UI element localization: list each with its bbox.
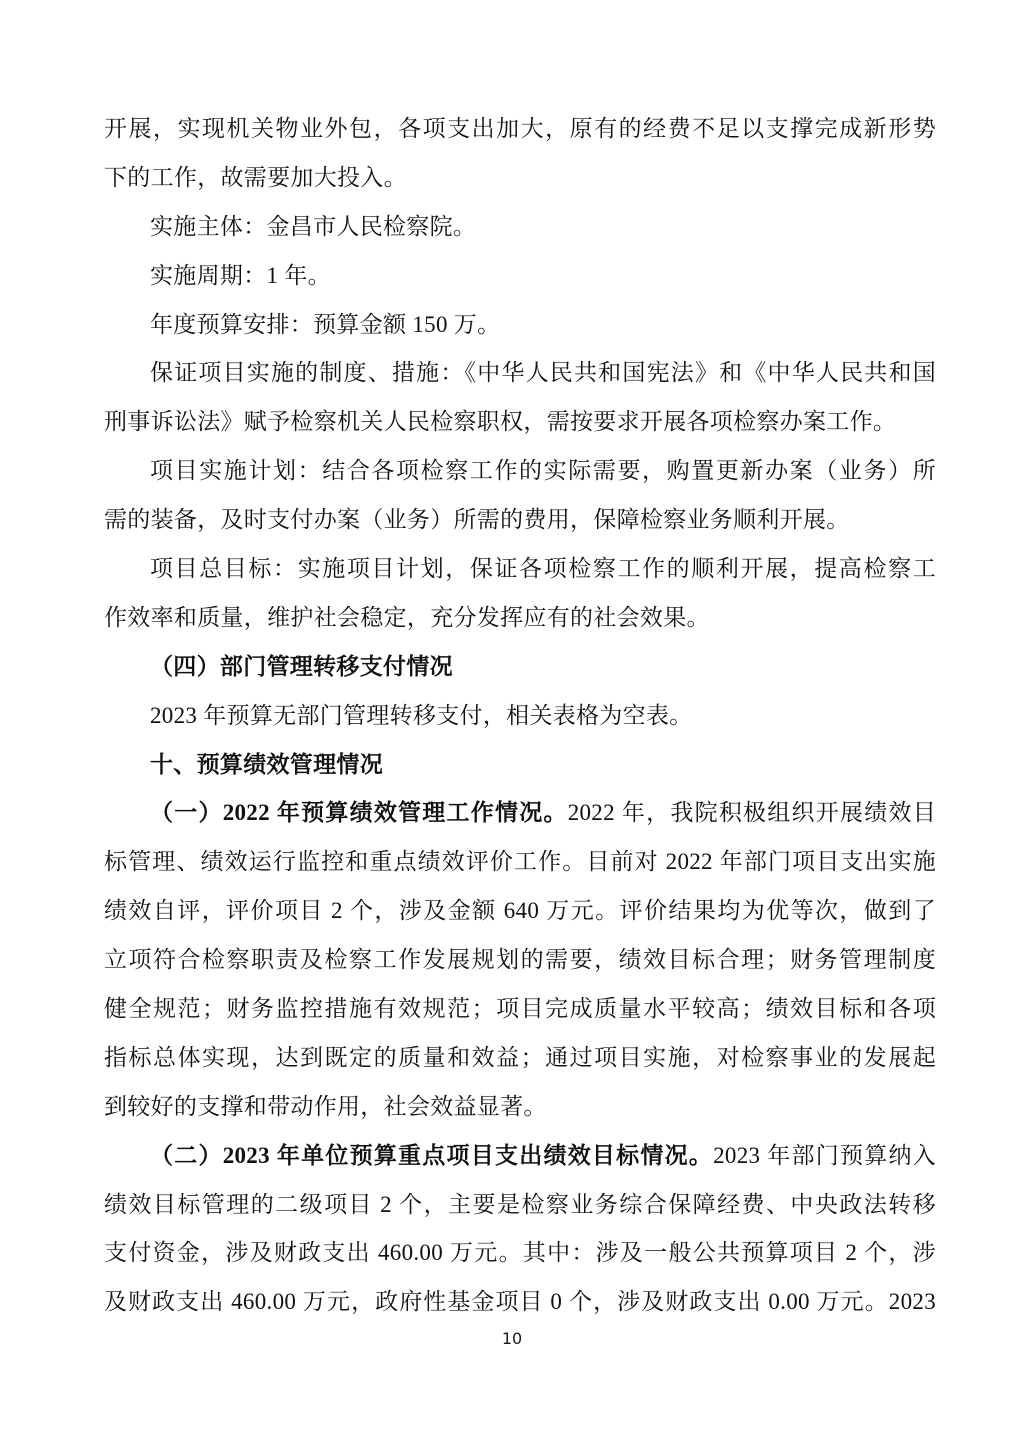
- text-line: 到较好的支撑和带动作用，社会效益显著。: [104, 1083, 936, 1132]
- text-run: 指标总体实现，达到既定的质量和效益；通过项目实施，对检察事业的发展起: [104, 1045, 936, 1070]
- text-line: 2023 年预算无部门管理转移支付，相关表格为空表。: [104, 692, 936, 741]
- text-run: 到较好的支撑和带动作用，社会效益显著。: [104, 1094, 547, 1119]
- page-number: 10: [0, 1329, 1024, 1348]
- text-line: 实施周期：1 年。: [104, 252, 936, 301]
- text-line: 项目实施计划：结合各项检察工作的实际需要，购置更新办案（业务）所: [104, 447, 936, 496]
- text-run: 2022 年，我院积极组织开展绩效目: [568, 800, 936, 825]
- document-body: 开展，实现机关物业外包，各项支出加大，原有的经费不足以支撑完成新形势下的工作，故…: [104, 105, 936, 1327]
- text-line: （二）2023 年单位预算重点项目支出绩效目标情况。2023 年部门预算纳入: [104, 1132, 936, 1181]
- text-run: 下的工作，故需要加大投入。: [104, 165, 407, 190]
- bold-text-run: （一）2022 年预算绩效管理工作情况。: [150, 800, 568, 825]
- text-run: 需的装备，及时支付办案（业务）所需的费用，保障检察业务顺利开展。: [104, 507, 850, 532]
- bold-text-run: 十、预算绩效管理情况: [150, 752, 383, 777]
- text-run: 开展，实现机关物业外包，各项支出加大，原有的经费不足以支撑完成新形势: [104, 116, 936, 141]
- text-run: 健全规范；财务监控措施有效规范；项目完成质量水平较高；绩效目标和各项: [104, 996, 936, 1021]
- text-line: 指标总体实现，达到既定的质量和效益；通过项目实施，对检察事业的发展起: [104, 1034, 936, 1083]
- text-line: 标管理、绩效运行监控和重点绩效评价工作。目前对 2022 年部门项目支出实施: [104, 838, 936, 887]
- text-run: 作效率和质量，维护社会稳定，充分发挥应有的社会效果。: [104, 605, 710, 630]
- text-run: 项目总目标：实施项目计划，保证各项检察工作的顺利开展，提高检察工: [150, 556, 936, 581]
- bold-text-run: （二）2023 年单位预算重点项目支出绩效目标情况。: [150, 1143, 713, 1168]
- text-line: 需的装备，及时支付办案（业务）所需的费用，保障检察业务顺利开展。: [104, 496, 936, 545]
- text-line: 实施主体：金昌市人民检察院。: [104, 203, 936, 252]
- text-run: 立项符合检察职责及检察工作发展规划的需要，绩效目标合理；财务管理制度: [104, 947, 936, 972]
- text-line: 立项符合检察职责及检察工作发展规划的需要，绩效目标合理；财务管理制度: [104, 936, 936, 985]
- text-line: 保证项目实施的制度、措施：《中华人民共和国宪法》和《中华人民共和国: [104, 349, 936, 398]
- text-run: 支付资金，涉及财政支出 460.00 万元。其中：涉及一般公共预算项目 2 个，…: [104, 1240, 936, 1265]
- text-run: 实施周期：1 年。: [150, 263, 331, 288]
- text-line: 绩效目标管理的二级项目 2 个，主要是检察业务综合保障经费、中央政法转移: [104, 1181, 936, 1230]
- text-run: 实施主体：金昌市人民检察院。: [150, 214, 476, 239]
- text-line: 下的工作，故需要加大投入。: [104, 154, 936, 203]
- text-run: 2023 年部门预算纳入: [713, 1143, 936, 1168]
- text-run: 保证项目实施的制度、措施：《中华人民共和国宪法》和《中华人民共和国: [150, 360, 936, 385]
- text-run: 绩效自评，评价项目 2 个，涉及金额 640 万元。评价结果均为优等次，做到了: [104, 898, 936, 923]
- text-line: （一）2022 年预算绩效管理工作情况。2022 年，我院积极组织开展绩效目: [104, 789, 936, 838]
- text-run: 绩效目标管理的二级项目 2 个，主要是检察业务综合保障经费、中央政法转移: [104, 1192, 936, 1217]
- text-line: 刑事诉讼法》赋予检察机关人民检察职权，需按要求开展各项检察办案工作。: [104, 398, 936, 447]
- text-run: 项目实施计划：结合各项检察工作的实际需要，购置更新办案（业务）所: [150, 458, 936, 483]
- text-line: 年度预算安排：预算金额 150 万。: [104, 301, 936, 350]
- bold-text-run: （四）部门管理转移支付情况: [150, 654, 453, 679]
- text-run: 标管理、绩效运行监控和重点绩效评价工作。目前对 2022 年部门项目支出实施: [104, 849, 936, 874]
- text-run: 刑事诉讼法》赋予检察机关人民检察职权，需按要求开展各项检察办案工作。: [104, 409, 896, 434]
- text-line: 健全规范；财务监控措施有效规范；项目完成质量水平较高；绩效目标和各项: [104, 985, 936, 1034]
- document-page: 开展，实现机关物业外包，各项支出加大，原有的经费不足以支撑完成新形势下的工作，故…: [0, 0, 1024, 1450]
- text-run: 2023 年预算无部门管理转移支付，相关表格为空表。: [150, 703, 693, 728]
- text-line: 项目总目标：实施项目计划，保证各项检察工作的顺利开展，提高检察工: [104, 545, 936, 594]
- text-run: 及财政支出 460.00 万元，政府性基金项目 0 个，涉及财政支出 0.00 …: [104, 1289, 936, 1314]
- text-run: 年度预算安排：预算金额 150 万。: [150, 312, 500, 337]
- text-line: 作效率和质量，维护社会稳定，充分发挥应有的社会效果。: [104, 594, 936, 643]
- text-line: 及财政支出 460.00 万元，政府性基金项目 0 个，涉及财政支出 0.00 …: [104, 1278, 936, 1327]
- text-line: 十、预算绩效管理情况: [104, 741, 936, 790]
- text-line: 绩效自评，评价项目 2 个，涉及金额 640 万元。评价结果均为优等次，做到了: [104, 887, 936, 936]
- text-line: 开展，实现机关物业外包，各项支出加大，原有的经费不足以支撑完成新形势: [104, 105, 936, 154]
- text-line: （四）部门管理转移支付情况: [104, 643, 936, 692]
- text-line: 支付资金，涉及财政支出 460.00 万元。其中：涉及一般公共预算项目 2 个，…: [104, 1229, 936, 1278]
